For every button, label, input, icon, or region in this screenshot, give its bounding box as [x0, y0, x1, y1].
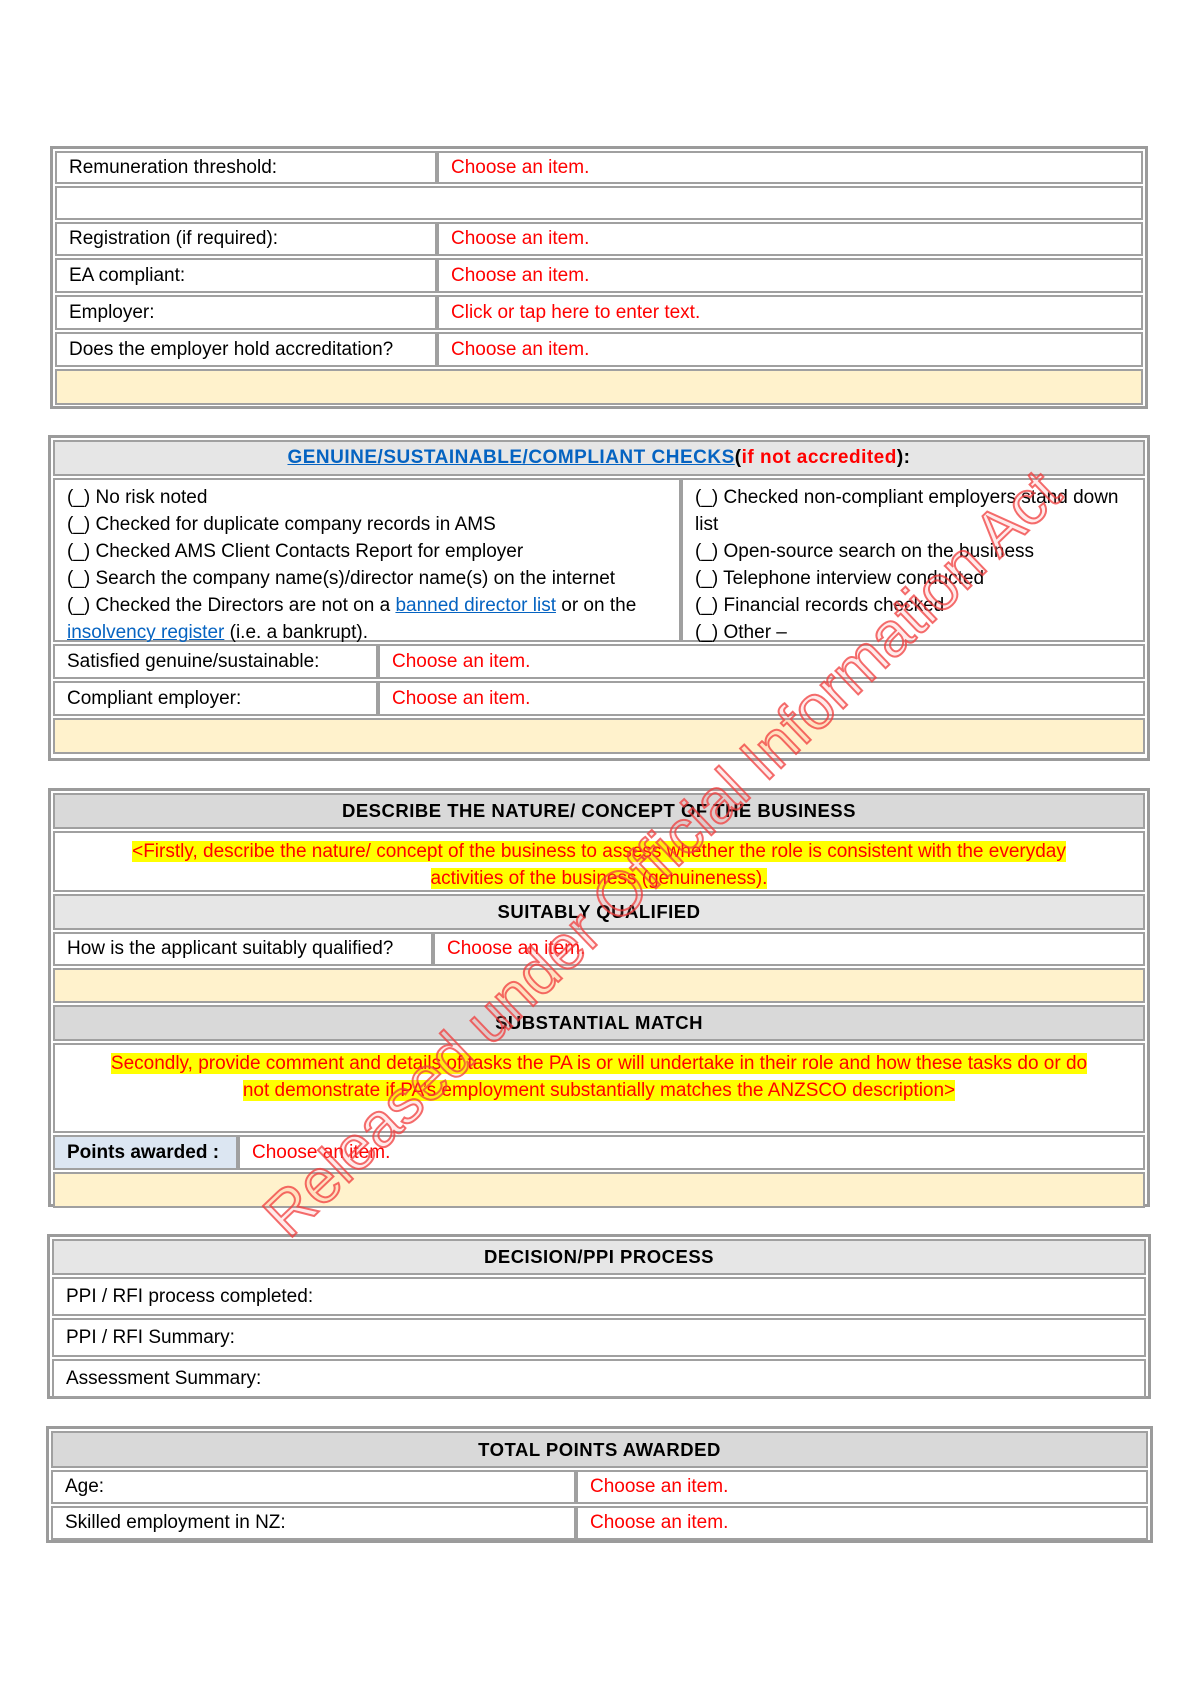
check-item[interactable]: (_) Checked for duplicate company record…	[67, 511, 496, 538]
registration-dropdown[interactable]: Choose an item.	[437, 222, 1143, 256]
decision-header: DECISION/PPI PROCESS	[52, 1239, 1146, 1275]
satisfied-genuine-label: Satisfied genuine/sustainable:	[53, 644, 378, 679]
insolvency-register-link[interactable]: insolvency register	[67, 622, 224, 643]
qualified-label: How is the applicant suitably qualified?	[53, 932, 433, 966]
ea-compliant-dropdown[interactable]: Choose an item.	[437, 258, 1143, 293]
directors-prefix: (_) Checked the Directors are not on a	[67, 595, 395, 616]
match-prompt[interactable]: Secondly, provide comment and details of…	[53, 1043, 1145, 1133]
remuneration-threshold-label: Remuneration threshold:	[55, 151, 437, 184]
check-item[interactable]: (_) No risk noted	[67, 484, 207, 511]
check-item[interactable]: (_) Telephone interview conducted	[695, 565, 984, 592]
compliant-employer-label: Compliant employer:	[53, 681, 378, 716]
match-header: SUBSTANTIAL MATCH	[53, 1005, 1145, 1041]
genuine-checks-table: GENUINE/SUSTAINABLE/COMPLIANT CHECKS (if…	[48, 435, 1150, 761]
satisfied-genuine-dropdown[interactable]: Choose an item.	[378, 644, 1145, 679]
ppi-process-completed-field[interactable]: PPI / RFI process completed:	[52, 1277, 1146, 1316]
notes-row[interactable]	[53, 968, 1145, 1003]
check-item-directors[interactable]: (_) Checked the Directors are not on a b…	[67, 592, 667, 646]
employer-text-field[interactable]: Click or tap here to enter text.	[437, 295, 1143, 330]
checks-header: GENUINE/SUSTAINABLE/COMPLIANT CHECKS (if…	[53, 440, 1145, 476]
match-prompt-line2: not demonstrate if PA’s employment subst…	[243, 1080, 955, 1101]
header-condition: if not accredited	[742, 447, 897, 469]
nature-prompt-line2: activities of the business (genuineness)…	[431, 868, 768, 889]
nature-prompt[interactable]: <Firstly, describe the nature/ concept o…	[53, 831, 1145, 892]
notes-row[interactable]	[53, 1172, 1145, 1208]
employer-label: Employer:	[55, 295, 437, 330]
skilled-employment-label: Skilled employment in NZ:	[51, 1506, 576, 1540]
business-assessment-table: DESCRIBE THE NATURE/ CONCEPT OF THE BUSI…	[48, 788, 1150, 1207]
remuneration-threshold-dropdown[interactable]: Choose an item.	[437, 151, 1143, 184]
check-item[interactable]: (_) Search the company name(s)/director …	[67, 565, 615, 592]
assessment-summary-field[interactable]: Assessment Summary:	[52, 1359, 1146, 1398]
accreditation-label: Does the employer hold accreditation?	[55, 332, 437, 367]
check-item[interactable]: (_) Other –	[695, 619, 787, 646]
checks-left-column: (_) No risk noted (_) Checked for duplic…	[53, 478, 681, 642]
ea-compliant-label: EA compliant:	[55, 258, 437, 293]
total-points-table: TOTAL POINTS AWARDED Age: Choose an item…	[46, 1426, 1153, 1543]
accreditation-dropdown[interactable]: Choose an item.	[437, 332, 1143, 367]
notes-row[interactable]	[53, 718, 1145, 754]
directors-middle: or on the	[556, 595, 636, 616]
qualified-header: SUITABLY QUALIFIED	[53, 894, 1145, 930]
points-awarded-dropdown[interactable]: Choose an item.	[238, 1135, 1145, 1170]
check-item[interactable]: (_) Open-source search on the business	[695, 538, 1034, 565]
total-points-header: TOTAL POINTS AWARDED	[51, 1431, 1148, 1468]
header-paren-close: ):	[897, 447, 911, 469]
age-dropdown[interactable]: Choose an item.	[576, 1470, 1148, 1504]
points-awarded-label: Points awarded :	[53, 1135, 238, 1170]
decision-table: DECISION/PPI PROCESS PPI / RFI process c…	[47, 1234, 1151, 1399]
directors-suffix: (i.e. a bankrupt).	[224, 622, 368, 643]
compliant-employer-dropdown[interactable]: Choose an item.	[378, 681, 1145, 716]
checks-header-link[interactable]: GENUINE/SUSTAINABLE/COMPLIANT CHECKS	[287, 447, 734, 469]
check-item[interactable]: (_) Financial records checked	[695, 592, 944, 619]
employer-details-table: Remuneration threshold: Choose an item. …	[50, 146, 1148, 409]
nature-prompt-line1: <Firstly, describe the nature/ concept o…	[132, 841, 1066, 862]
qualified-dropdown[interactable]: Choose an item.	[433, 932, 1145, 966]
check-item[interactable]: (_) Checked non-compliant employers stan…	[695, 484, 1131, 538]
nature-header: DESCRIBE THE NATURE/ CONCEPT OF THE BUSI…	[53, 793, 1145, 829]
banned-director-list-link[interactable]: banned director list	[395, 595, 556, 616]
blank-row[interactable]	[55, 186, 1143, 220]
age-label: Age:	[51, 1470, 576, 1504]
checks-right-column: (_) Checked non-compliant employers stan…	[681, 478, 1145, 642]
check-item[interactable]: (_) Checked AMS Client Contacts Report f…	[67, 538, 523, 565]
ppi-summary-field[interactable]: PPI / RFI Summary:	[52, 1318, 1146, 1357]
registration-label: Registration (if required):	[55, 222, 437, 256]
skilled-employment-dropdown[interactable]: Choose an item.	[576, 1506, 1148, 1540]
match-prompt-line1: Secondly, provide comment and details of…	[111, 1053, 1087, 1074]
header-paren-open: (	[735, 447, 742, 469]
notes-row[interactable]	[55, 369, 1143, 405]
